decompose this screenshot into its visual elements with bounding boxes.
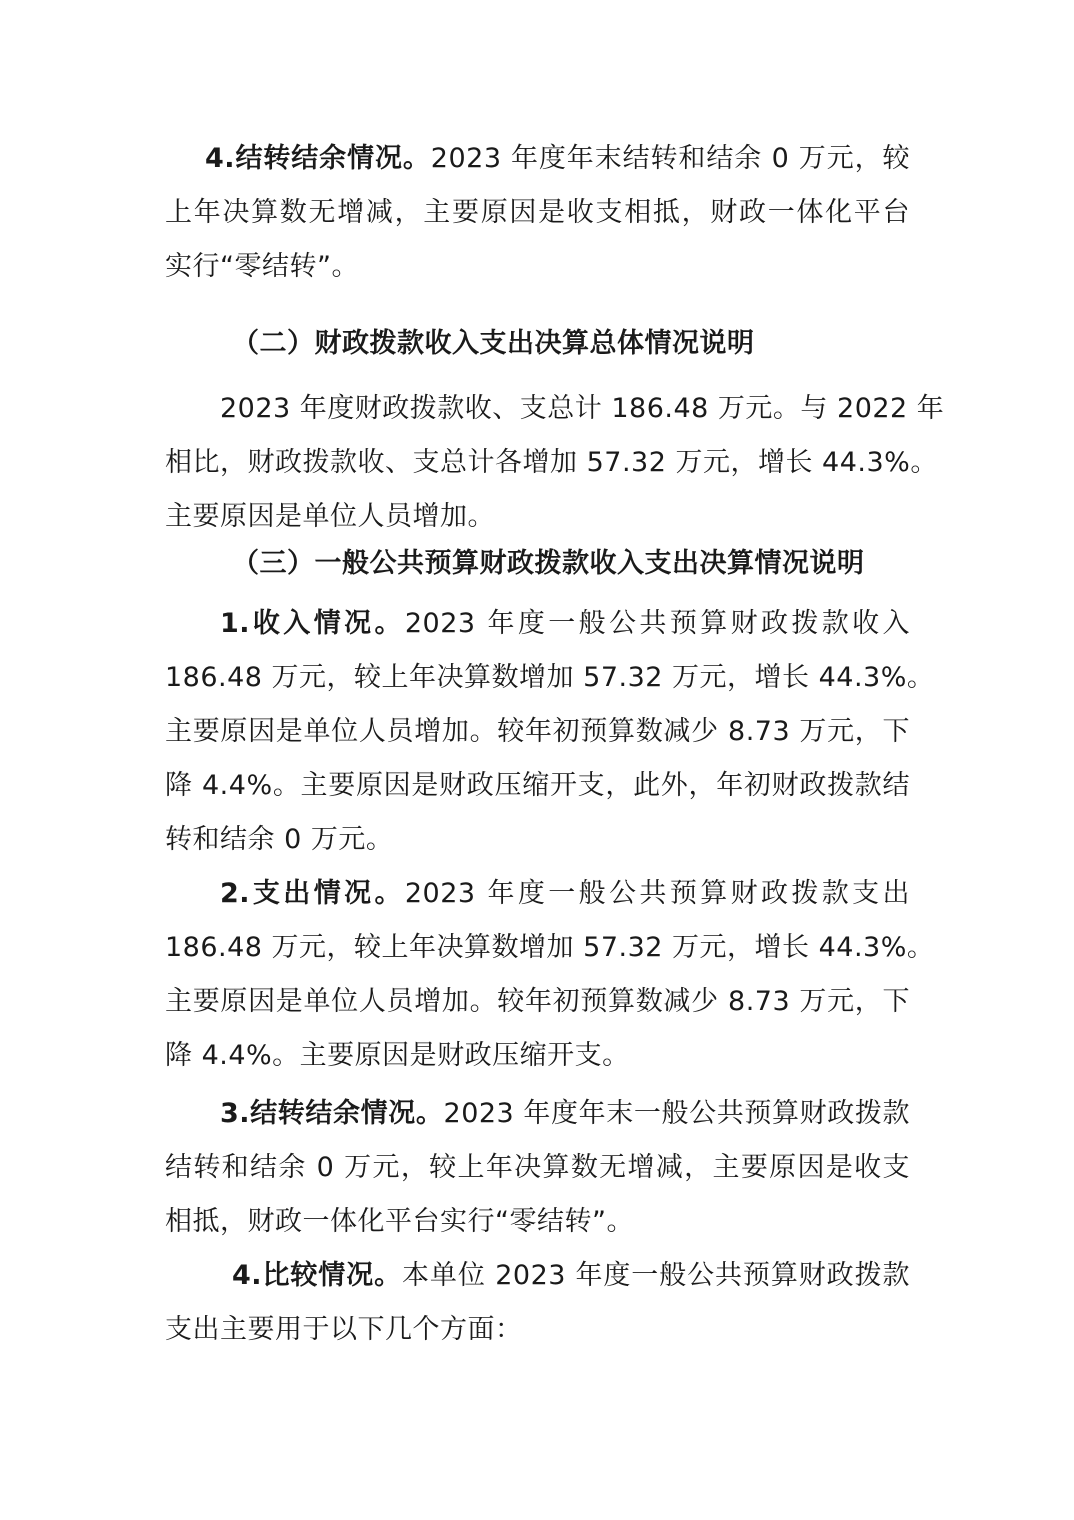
paragraph-lead: 4.比较情况。 bbox=[232, 1260, 402, 1291]
paragraph-gp-carryover-line-1: 3.结转结余情况。2023 年度年末一般公共预算财政拨款 bbox=[220, 1097, 910, 1131]
paragraph-lead: 2.支出情况。 bbox=[220, 878, 405, 909]
paragraph-income-line-4: 降 4.4%。主要原因是财政压缩开支，此外，年初财政拨款结 bbox=[165, 769, 910, 803]
paragraph-total-line-1: 2023 年度财政拨款收、支总计 186.48 万元。与 2022 年 bbox=[220, 392, 910, 426]
paragraph-gp-carryover-line-3: 相抵，财政一体化平台实行“零结转”。 bbox=[165, 1205, 910, 1239]
paragraph-lead: 1.收入情况。 bbox=[220, 608, 405, 639]
section-heading-3: （三）一般公共预算财政拨款收入支出决算情况说明 bbox=[232, 547, 892, 581]
paragraph-total-line-3: 主要原因是单位人员增加。 bbox=[165, 500, 910, 534]
paragraph-income-line-3: 主要原因是单位人员增加。较年初预算数减少 8.73 万元，下 bbox=[165, 715, 910, 749]
paragraph-carryover-line-1: 4.结转结余情况。2023 年度年末结转和结余 0 万元，较 bbox=[205, 142, 910, 176]
paragraph-gp-carryover-line-2: 结转和结余 0 万元，较上年决算数无增减，主要原因是收支 bbox=[165, 1151, 910, 1185]
paragraph-income-line-5: 转和结余 0 万元。 bbox=[165, 823, 910, 857]
paragraph-carryover-line-2: 上年决算数无增减，主要原因是收支相抵，财政一体化平台 bbox=[165, 196, 910, 230]
section-heading-2: （二）财政拨款收入支出决算总体情况说明 bbox=[232, 327, 792, 361]
paragraph-expense-line-1: 2.支出情况。2023 年度一般公共预算财政拨款支出 bbox=[220, 877, 910, 911]
paragraph-compare-line-1: 4.比较情况。本单位 2023 年度一般公共预算财政拨款 bbox=[232, 1259, 910, 1293]
document-page: 4.结转结余情况。2023 年度年末结转和结余 0 万元，较 上年决算数无增减，… bbox=[0, 0, 1074, 1520]
paragraph-income-line-1: 1.收入情况。2023 年度一般公共预算财政拨款收入 bbox=[220, 607, 910, 641]
paragraph-total-line-2: 相比，财政拨款收、支总计各增加 57.32 万元，增长 44.3%。 bbox=[165, 446, 910, 480]
paragraph-expense-line-2: 186.48 万元，较上年决算数增加 57.32 万元，增长 44.3%。 bbox=[165, 931, 910, 965]
paragraph-lead: 3.结转结余情况。 bbox=[220, 1098, 444, 1129]
paragraph-expense-line-3: 主要原因是单位人员增加。较年初预算数减少 8.73 万元，下 bbox=[165, 985, 910, 1019]
paragraph-expense-line-4: 降 4.4%。主要原因是财政压缩开支。 bbox=[165, 1039, 910, 1073]
paragraph-lead: 4.结转结余情况。 bbox=[205, 143, 431, 174]
paragraph-income-line-2: 186.48 万元，较上年决算数增加 57.32 万元，增长 44.3%。 bbox=[165, 661, 910, 695]
paragraph-compare-line-2: 支出主要用于以下几个方面： bbox=[165, 1313, 910, 1347]
paragraph-carryover-line-3: 实行“零结转”。 bbox=[165, 250, 910, 284]
